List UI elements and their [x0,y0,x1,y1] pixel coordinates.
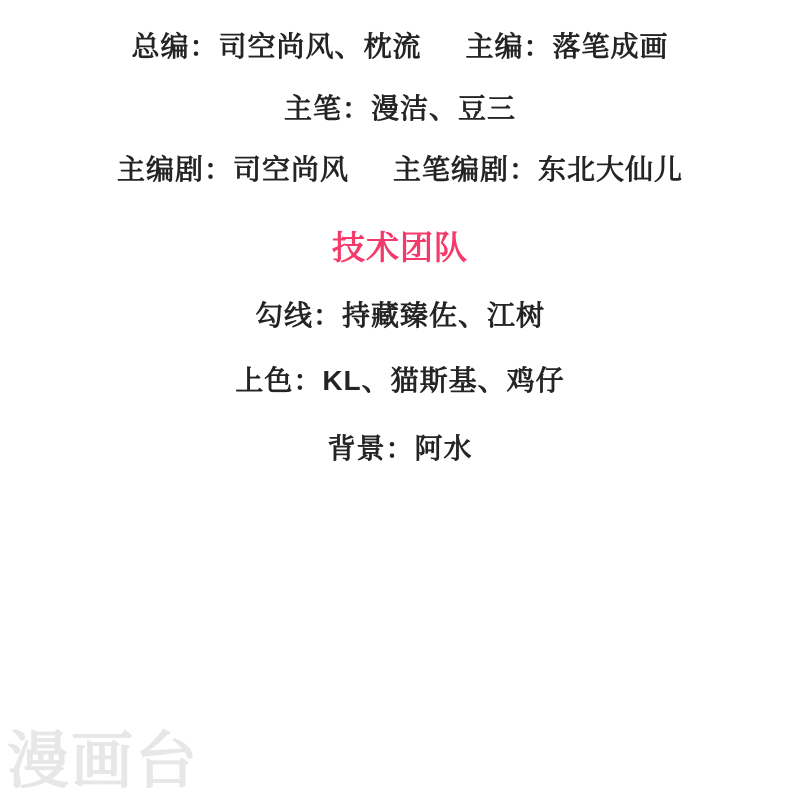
tech-team-heading-line: 技术团队 [0,231,800,266]
comic-credits-page: 总编：司空尚风、枕流 主编：落笔成画 主笔：漫洁、豆三 主编剧：司空尚风 主笔编… [0,0,800,800]
lead-artist-credit: 主笔：漫洁、豆三 [284,94,516,123]
chief-editor-credit: 总编：司空尚风、枕流 [131,32,421,61]
coloring-credit: 上色：KL、猫斯基、鸡仔 [235,366,564,395]
line-art-line: 勾线：持藏臻佐、江树 [0,301,800,330]
background-art-line: 背景：阿水 [0,434,800,463]
lead-artist-line: 主笔：漫洁、豆三 [0,94,800,123]
background-art-credit: 背景：阿水 [327,434,472,463]
editor-credit: 主编：落笔成画 [466,32,669,61]
editors-line: 总编：司空尚风、枕流 主编：落笔成画 [0,32,800,61]
chief-screenwriter-credit: 主编剧：司空尚风 [117,155,349,184]
manhuatai-watermark: 漫画台 [7,731,199,793]
screenwriters-line: 主编剧：司空尚风 主笔编剧：东北大仙儿 [0,155,800,184]
tech-team-heading: 技术团队 [332,231,468,266]
line-art-credit: 勾线：持藏臻佐、江树 [255,301,545,330]
coloring-line: 上色：KL、猫斯基、鸡仔 [0,366,800,395]
lead-screenwriter-credit: 主笔编剧：东北大仙儿 [393,155,683,184]
